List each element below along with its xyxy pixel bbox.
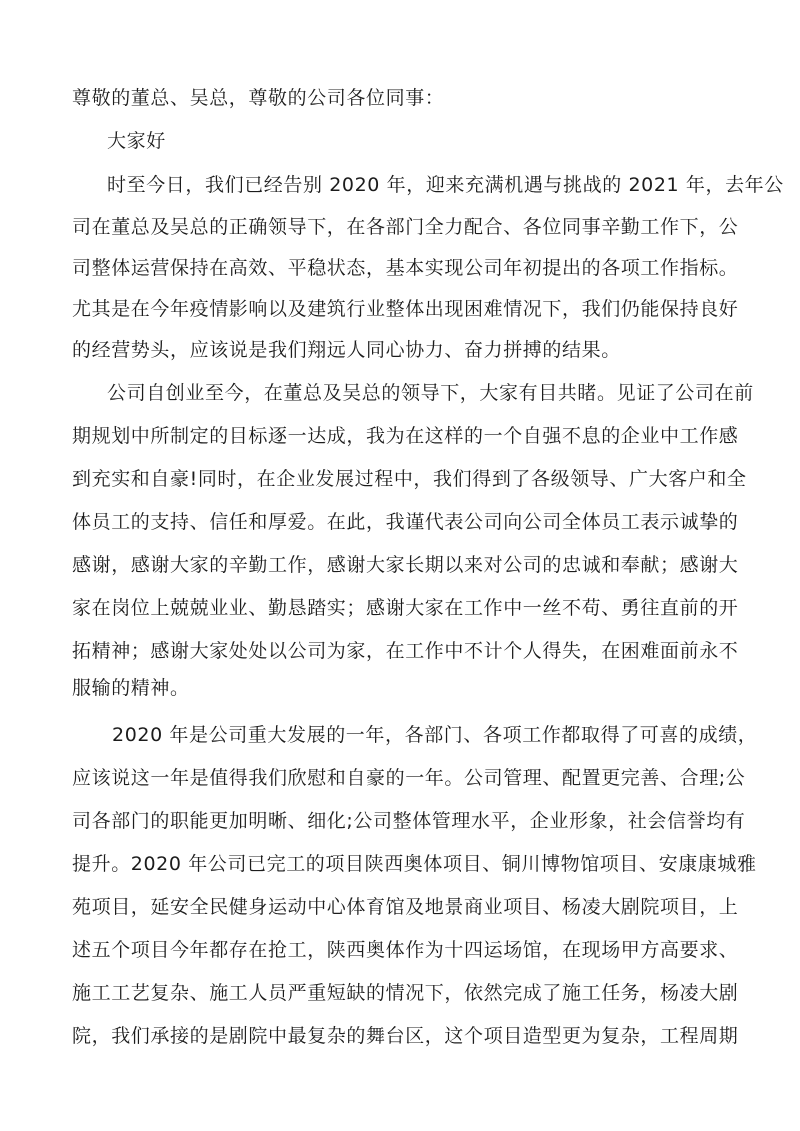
paragraph-2-line: 体员工的支持、信任和厚爱。在此，我谨代表公司向公司全体员工表示诚挚的 (72, 510, 738, 534)
paragraph-3-line: 施工工艺复杂、施工人员严重短缺的情况下，依然完成了施工任务，杨凌大剧 (72, 981, 738, 1005)
paragraph-3-line: 应该说这一年是值得我们欣慰和自豪的一年。公司管理、配置更完善、合理;公 (72, 766, 745, 790)
paragraph-2-line: 到充实和自豪!同时，在企业发展过程中，我们得到了各级领导、广大客户和全 (72, 467, 747, 491)
paragraph-1-line: 时至今日，我们已经告别 2020 年，迎来充满机遇与挑战的 2021 年，去年公 (107, 173, 784, 197)
document-page: 尊敬的董总、吴总，尊敬的公司各位同事： 大家好 时至今日，我们已经告别 2020… (0, 0, 800, 1131)
paragraph-2-line: 拓精神；感谢大家处处以公司为家，在工作中不计个人得失，在困难面前永不 (72, 639, 738, 663)
paragraph-3-line: 司各部门的职能更加明晰、细化;公司整体管理水平，企业形象，社会信誉均有 (72, 809, 745, 833)
paragraph-1-line: 的经营势头，应该说是我们翔远人同心协力、奋力拼搏的结果。 (72, 338, 621, 362)
paragraph-2-line: 感谢，感谢大家的辛勤工作，感谢大家长期以来对公司的忠诚和奉献；感谢大 (72, 553, 738, 577)
salutation: 尊敬的董总、吴总，尊敬的公司各位同事： (72, 86, 444, 110)
paragraph-3-line: 苑项目，延安全民健身运动中心体育馆及地景商业项目、杨凌大剧院项目，上 (72, 895, 738, 919)
paragraph-3-line: 提升。2020 年公司已完工的项目陕西奥体项目、铜川博物馆项目、安康康城雅 (72, 852, 757, 876)
paragraph-3-line: 述五个项目今年都存在抢工，陕西奥体作为十四运场馆，在现场甲方高要求、 (72, 938, 738, 962)
greeting: 大家好 (107, 129, 166, 153)
paragraph-1-line: 司整体运营保持在高效、平稳状态，基本实现公司年初提出的各项工作指标。 (72, 256, 738, 280)
paragraph-2-line: 公司自创业至今，在董总及吴总的领导下，大家有目共睹。见证了公司在前 (107, 381, 754, 405)
paragraph-3-line: 2020 年是公司重大发展的一年，各部门、各项工作都取得了可喜的成绩， (112, 723, 757, 747)
paragraph-2-line: 服输的精神。 (72, 676, 190, 700)
paragraph-2-line: 家在岗位上兢兢业业、勤恳踏实；感谢大家在工作中一丝不苟、勇往直前的开 (72, 596, 738, 620)
paragraph-1-line: 司在董总及吴总的正确领导下，在各部门全力配合、各位同事辛勤工作下，公 (72, 215, 738, 239)
paragraph-3-line: 院，我们承接的是剧院中最复杂的舞台区，这个项目造型更为复杂，工程周期 (72, 1024, 738, 1048)
paragraph-1-line: 尤其是在今年疫情影响以及建筑行业整体出现困难情况下，我们仍能保持良好 (72, 297, 738, 321)
paragraph-2-line: 期规划中所制定的目标逐一达成，我为在这样的一个自强不息的企业中工作感 (72, 424, 738, 448)
